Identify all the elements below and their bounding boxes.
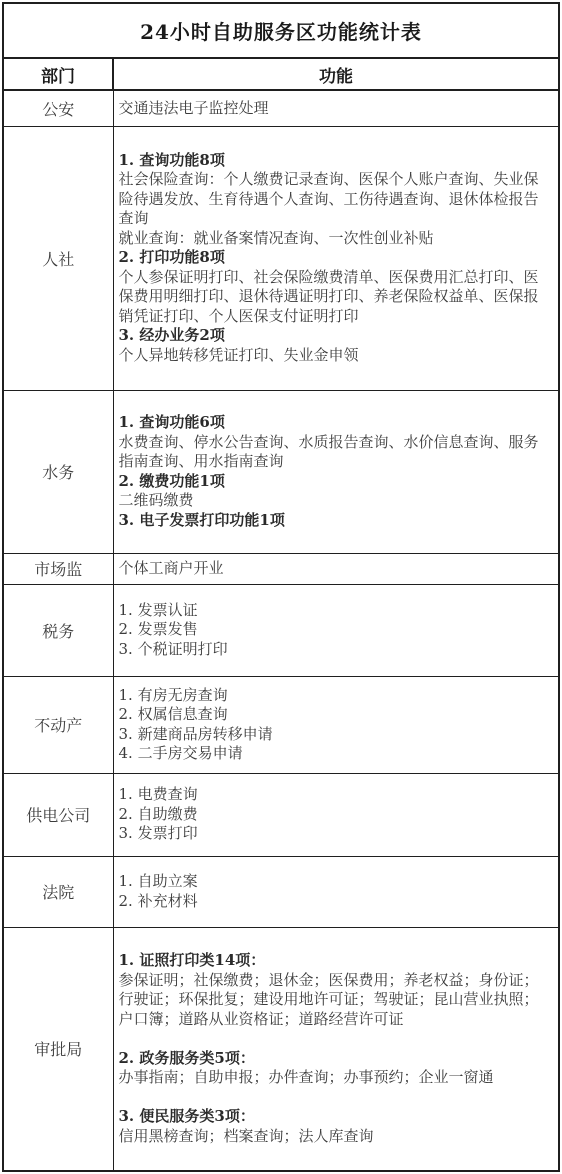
- function-detail-line: 办事指南；自助申报；办件查询；办事预约；企业一窗通: [119, 1068, 553, 1088]
- function-detail-line: 2. 自助缴费: [119, 805, 553, 825]
- table-title-row: 24小时自助服务区功能统计表: [3, 3, 559, 58]
- function-cell: 1. 查询功能6项水费查询、停水公告查询、水质报告查询、水价信息查询、服务指南查…: [113, 390, 559, 553]
- table-row: 审批局 1. 证照打印类14项：参保证明；社保缴费；退休金；医保费用；养老权益；…: [3, 927, 559, 1171]
- function-detail-line: 个人异地转移凭证打印、失业金申领: [119, 346, 553, 366]
- function-detail-line: 3. 个税证明打印: [119, 640, 553, 660]
- function-detail-line: [119, 1088, 553, 1108]
- department-cell: 法院: [3, 856, 113, 927]
- table-row: 法院 1. 自助立案2. 补充材料: [3, 856, 559, 927]
- function-cell: 1. 电费查询2. 自助缴费3. 发票打印: [113, 773, 559, 856]
- page-title: 24小时自助服务区功能统计表: [3, 3, 559, 58]
- function-detail-line: 3. 发票打印: [119, 824, 553, 844]
- function-detail-line: 1. 发票认证: [119, 601, 553, 621]
- column-header-department: 部门: [3, 58, 113, 90]
- table-row: 水务 1. 查询功能6项水费查询、停水公告查询、水质报告查询、水价信息查询、服务…: [3, 390, 559, 553]
- table-row: 供电公司 1. 电费查询2. 自助缴费3. 发票打印: [3, 773, 559, 856]
- function-detail-line: 个人参保证明打印、社会保险缴费清单、医保费用汇总打印、医保费用明细打印、退休待遇…: [119, 268, 553, 327]
- function-detail-line: 参保证明；社保缴费；退休金；医保费用；养老权益；身份证；行驶证；环保批复；建设用…: [119, 971, 553, 1030]
- function-cell: 个体工商户开业: [113, 553, 559, 584]
- table-row: 公安 交通违法电子监控处理: [3, 90, 559, 126]
- function-category-line: 1. 查询功能8项: [119, 151, 553, 171]
- function-category-line: 2. 缴费功能1项: [119, 472, 553, 492]
- table-row: 人社 1. 查询功能8项社会保险查询：个人缴费记录查询、医保个人账户查询、失业保…: [3, 126, 559, 390]
- function-cell: 1. 自助立案2. 补充材料: [113, 856, 559, 927]
- function-cell: 交通违法电子监控处理: [113, 90, 559, 126]
- function-detail-line: 社会保险查询：个人缴费记录查询、医保个人账户查询、失业保险待遇发放、生育待遇个人…: [119, 170, 553, 229]
- function-detail-line: 2. 权属信息查询: [119, 705, 553, 725]
- table-header-row: 部门 功能: [3, 58, 559, 90]
- function-statistics-table: 24小时自助服务区功能统计表 部门 功能 公安 交通违法电子监控处理 人社 1.…: [2, 2, 560, 1172]
- department-cell: 税务: [3, 584, 113, 676]
- function-detail-line: 1. 自助立案: [119, 872, 553, 892]
- function-detail-line: 信用黑榜查询；档案查询；法人库查询: [119, 1127, 553, 1147]
- table-row: 不动产 1. 有房无房查询2. 权属信息查询3. 新建商品房转移申请4. 二手房…: [3, 676, 559, 773]
- department-cell: 不动产: [3, 676, 113, 773]
- function-cell: 1. 有房无房查询2. 权属信息查询3. 新建商品房转移申请4. 二手房交易申请: [113, 676, 559, 773]
- function-cell: 1. 证照打印类14项：参保证明；社保缴费；退休金；医保费用；养老权益；身份证；…: [113, 927, 559, 1171]
- table-row: 税务 1. 发票认证2. 发票发售3. 个税证明打印: [3, 584, 559, 676]
- document-page: 24小时自助服务区功能统计表 部门 功能 公安 交通违法电子监控处理 人社 1.…: [0, 0, 562, 1174]
- function-detail-line: 4. 二手房交易申请: [119, 744, 553, 764]
- function-category-line: 2. 政务服务类5项：: [119, 1049, 553, 1069]
- function-detail-line: 2. 发票发售: [119, 620, 553, 640]
- function-detail-line: 2. 补充材料: [119, 892, 553, 912]
- function-detail-line: 水费查询、停水公告查询、水质报告查询、水价信息查询、服务指南查询、用水指南查询: [119, 433, 553, 472]
- function-category-line: 1. 查询功能6项: [119, 413, 553, 433]
- function-detail-line: 交通违法电子监控处理: [119, 99, 553, 119]
- table-body: 公安 交通违法电子监控处理 人社 1. 查询功能8项社会保险查询：个人缴费记录查…: [3, 90, 559, 1171]
- function-detail-line: 1. 有房无房查询: [119, 686, 553, 706]
- department-cell: 公安: [3, 90, 113, 126]
- function-category-line: 2. 打印功能8项: [119, 248, 553, 268]
- department-cell: 市场监: [3, 553, 113, 584]
- function-detail-line: 个体工商户开业: [119, 559, 553, 579]
- function-category-line: 3. 经办业务2项: [119, 326, 553, 346]
- table-row: 市场监 个体工商户开业: [3, 553, 559, 584]
- department-cell: 人社: [3, 126, 113, 390]
- department-cell: 水务: [3, 390, 113, 553]
- function-category-line: 3. 便民服务类3项：: [119, 1107, 553, 1127]
- function-category-line: 1. 证照打印类14项：: [119, 951, 553, 971]
- function-detail-line: 二维码缴费: [119, 491, 553, 511]
- department-cell: 供电公司: [3, 773, 113, 856]
- function-detail-line: 3. 新建商品房转移申请: [119, 725, 553, 745]
- function-category-line: 3. 电子发票打印功能1项: [119, 511, 553, 531]
- column-header-function: 功能: [113, 58, 559, 90]
- function-detail-line: [119, 1029, 553, 1049]
- function-cell: 1. 查询功能8项社会保险查询：个人缴费记录查询、医保个人账户查询、失业保险待遇…: [113, 126, 559, 390]
- function-cell: 1. 发票认证2. 发票发售3. 个税证明打印: [113, 584, 559, 676]
- function-detail-line: 就业查询：就业备案情况查询、一次性创业补贴: [119, 229, 553, 249]
- function-detail-line: 1. 电费查询: [119, 785, 553, 805]
- department-cell: 审批局: [3, 927, 113, 1171]
